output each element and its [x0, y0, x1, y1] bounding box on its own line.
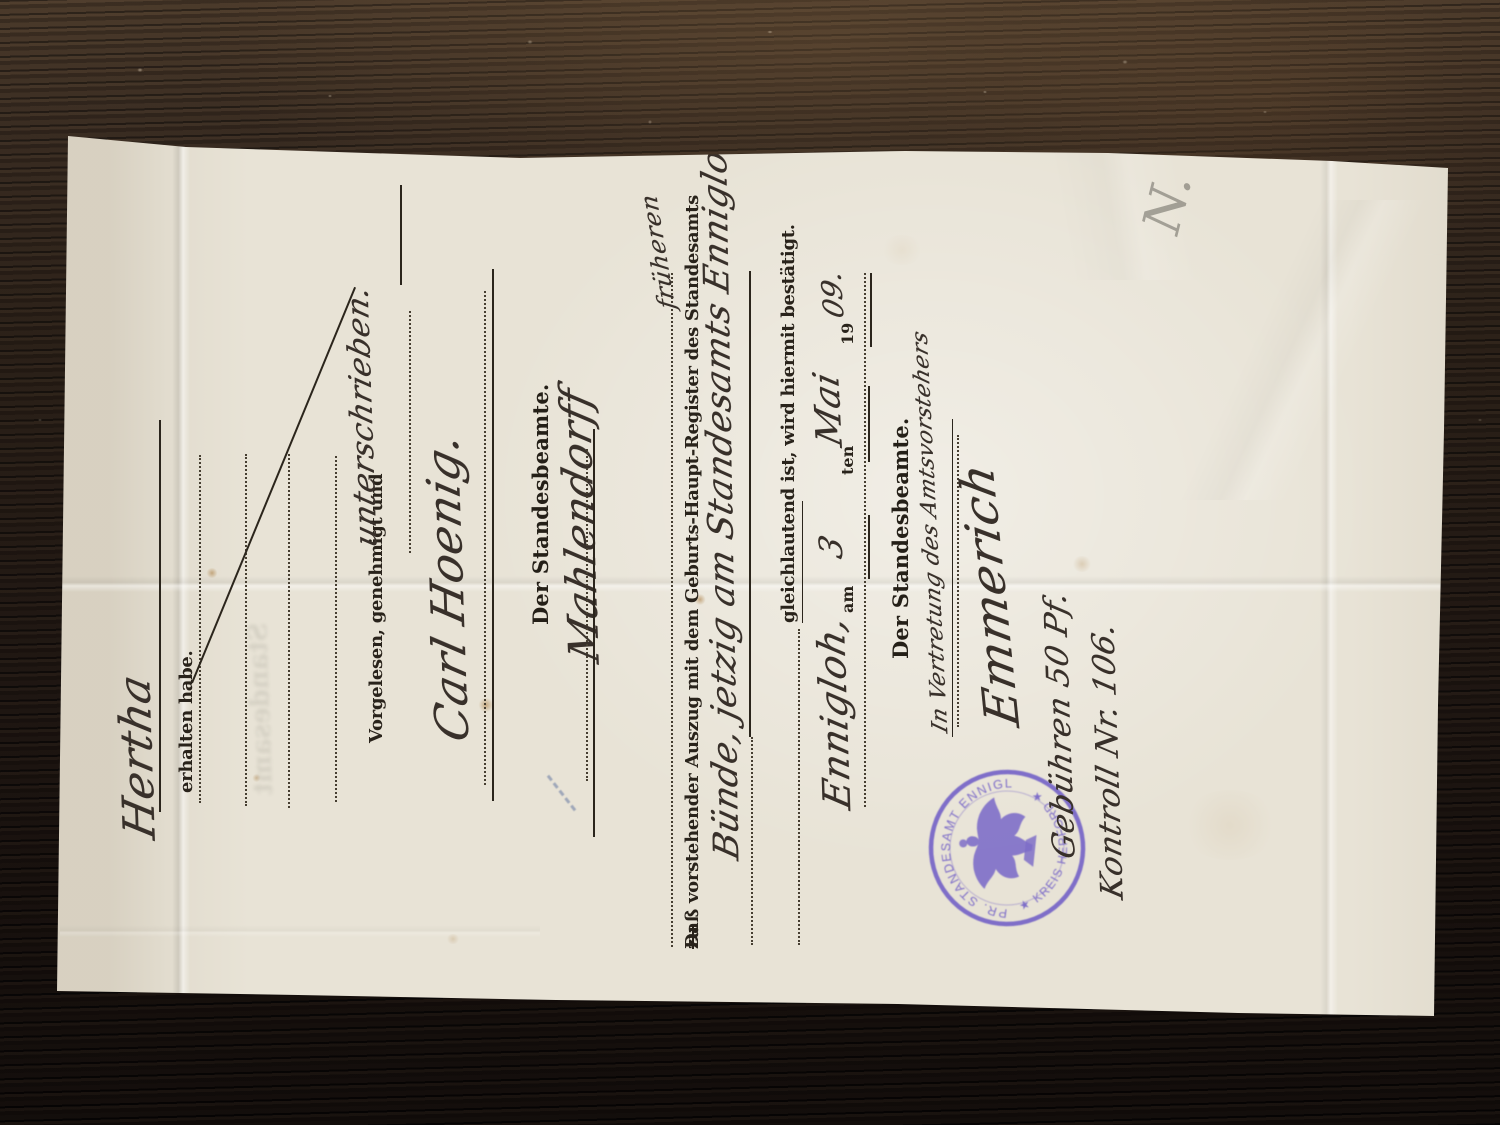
blank-dotted-line	[199, 455, 201, 803]
blank-dotted-line	[288, 454, 290, 808]
dotted-line	[751, 737, 753, 945]
rule-line	[400, 185, 402, 285]
printed-gleichlautend: gleichlautend ist, wird hiermit bestätig…	[778, 224, 799, 623]
photo-of-certificate: Standesamt Hertha erhalten habe. Vorgele…	[0, 0, 1500, 1125]
certificate-paper: Standesamt Hertha erhalten habe. Vorgele…	[0, 0, 1500, 1125]
rule-segment	[868, 386, 870, 462]
blue-pencil-mark	[547, 775, 576, 812]
printed-erhalten-habe: erhalten habe.	[176, 651, 197, 794]
certificate-content: Standesamt Hertha erhalten habe. Vorgele…	[60, 145, 1440, 1005]
handwritten-signature-declarant: Carl Hoenig.	[415, 428, 480, 747]
handwritten-year-09: 09.	[814, 267, 850, 321]
handwritten-signature-official-1: Mahlendorff	[550, 384, 608, 667]
underline-gleichlautend	[802, 501, 803, 623]
handwritten-unterschrieben: unterschrieben.	[340, 282, 385, 551]
handwritten-deputy-line: In Vertretung des Amtsvorstehers	[908, 328, 954, 735]
rule-line	[749, 271, 751, 737]
printed-am: am	[838, 586, 857, 613]
handwritten-day: 3	[812, 531, 850, 563]
printed-ten: ten	[838, 446, 857, 475]
printed-heading-standesbeamte-2: Der Standesbeamte.	[888, 418, 913, 659]
printed-zu-struck: zu	[682, 926, 703, 949]
handwritten-month: Mai	[806, 368, 851, 450]
rule-line	[492, 269, 494, 801]
rule-line	[593, 429, 595, 837]
printed-year-19: 19	[838, 323, 857, 345]
blank-dotted-line	[335, 456, 337, 802]
printed-heading-standesbeamte-1: Der Standesbeamte.	[528, 384, 553, 625]
dotted-line	[484, 291, 486, 785]
dotted-line	[409, 311, 411, 553]
handwritten-recipient-name: Hertha	[109, 670, 166, 843]
handwritten-frueheren-insert: früheren	[635, 193, 682, 310]
dotted-line	[671, 273, 673, 947]
blank-dotted-line	[245, 454, 247, 806]
dotted-line	[864, 273, 866, 807]
rule-segment	[870, 273, 872, 347]
handwritten-signature-official-2: Emmerich	[949, 459, 1031, 730]
rule-line	[159, 420, 161, 812]
ink-bleedthrough: Standesamt	[243, 622, 279, 795]
dotted-leader	[798, 629, 800, 945]
cancellation-stroke	[191, 287, 356, 683]
dotted-line	[586, 449, 588, 781]
pencil-note: N.	[1132, 168, 1204, 239]
handwritten-control-number: Kontroll Nr. 106.	[1085, 619, 1130, 902]
handwritten-place: Ennigloh,	[809, 612, 860, 813]
rule-segment	[868, 515, 870, 579]
